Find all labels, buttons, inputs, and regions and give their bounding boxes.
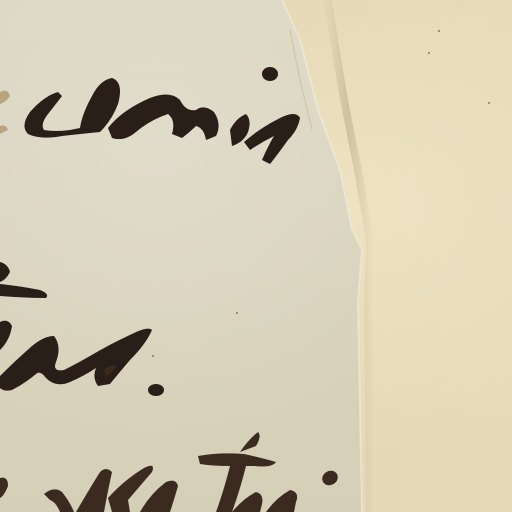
ink-word-cemis (0, 67, 300, 164)
ink-word-veatu (0, 432, 340, 512)
ink-word-na (0, 321, 164, 396)
handwriting-ink (0, 0, 512, 512)
manuscript-photo: cemis t na. veatu: (0, 0, 512, 512)
ink-word-t (0, 262, 47, 298)
